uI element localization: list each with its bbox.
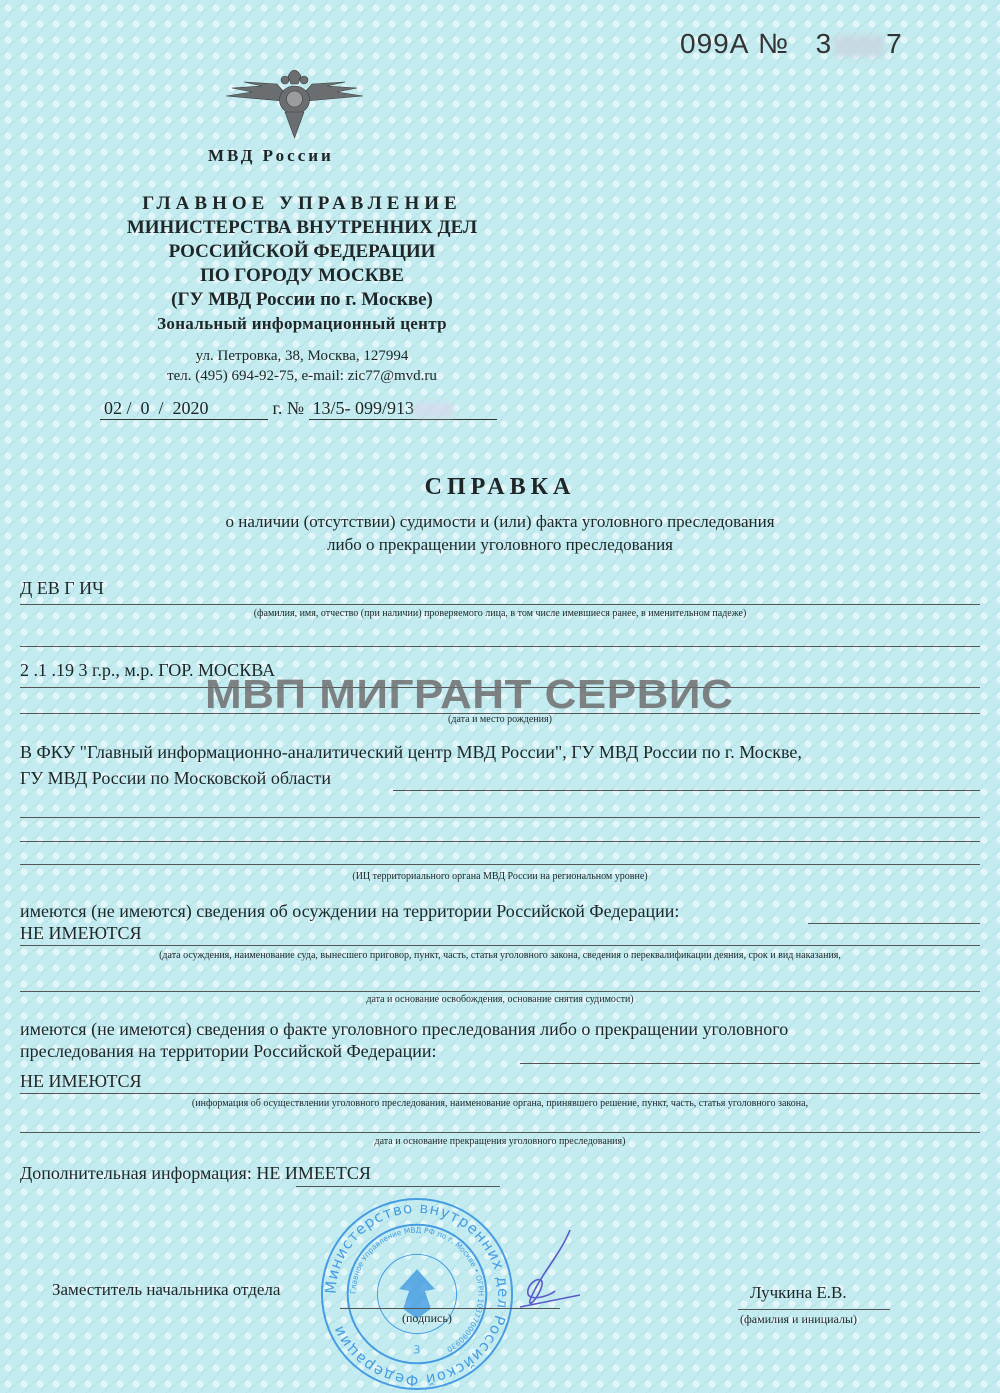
agency-short-name: МВД России	[208, 146, 334, 166]
conviction-caption: (дата осуждения, наименование суда, выне…	[0, 950, 1000, 961]
prosecution-caption-2: дата и основание прекращения уголовного …	[0, 1136, 1000, 1147]
divider	[20, 841, 980, 842]
header-line: (ГУ МВД России по г. Москве)	[92, 288, 512, 312]
divider	[20, 1132, 980, 1133]
conviction-value: НЕ ИМЕЮТСЯ	[20, 922, 142, 944]
centers-line: В ФКУ "Главный информационно-аналитическ…	[20, 741, 802, 763]
registration-date: 02 / 0 / 2020	[100, 398, 268, 420]
mvd-eagle-emblem-icon	[222, 62, 367, 142]
divider	[340, 1308, 560, 1309]
handwritten-signature-icon	[500, 1225, 590, 1325]
redacted-blur	[414, 403, 454, 417]
redacted-blur	[834, 35, 884, 57]
divider	[20, 864, 980, 865]
info-centers: В ФКУ "Главный информационно-аналитическ…	[20, 741, 802, 789]
subtitle-line: о наличии (отсутствии) судимости и (или)…	[0, 510, 1000, 533]
serial-start: 3	[816, 28, 833, 59]
conviction-caption-2: дата и основание освобождения, основание…	[0, 994, 1000, 1005]
form-serial-number: 099А № 37	[680, 28, 903, 60]
address-line: ул. Петровка, 38, Москва, 127994	[92, 346, 512, 366]
header-line: Зональный информационный центр	[92, 312, 512, 336]
subtitle-line: либо о прекращении уголовного преследова…	[0, 533, 1000, 556]
contacts-line: тел. (495) 694-92-75, e-mail: zic77@mvd.…	[92, 366, 512, 386]
divider	[520, 1063, 980, 1064]
signature-caption: (подпись)	[402, 1311, 452, 1326]
additional-value: НЕ ИМЕЕТСЯ	[256, 1163, 371, 1183]
agency-address: ул. Петровка, 38, Москва, 127994 тел. (4…	[92, 346, 512, 386]
divider	[738, 1309, 890, 1310]
registration-number: 13/5- 099/913	[309, 398, 497, 420]
prosecution-line: преследования на территории Российской Ф…	[20, 1040, 788, 1062]
header-line: ГЛАВНОЕ УПРАВЛЕНИЕ	[92, 192, 512, 216]
divider	[20, 991, 980, 992]
prosecution-line: имеются (не имеются) сведения о факте уг…	[20, 1018, 788, 1040]
person-name-caption: (фамилия, имя, отчество (при наличии) пр…	[0, 608, 1000, 619]
svg-text:3: 3	[413, 1342, 421, 1356]
divider	[393, 790, 980, 791]
prosecution-value: НЕ ИМЕЮТСЯ	[20, 1070, 142, 1092]
reg-suffix: г. №	[273, 398, 305, 418]
divider	[20, 817, 980, 818]
additional-info: Дополнительная информация: НЕ ИМЕЕТСЯ	[20, 1162, 371, 1184]
signatory-name-caption: (фамилия и инициалы)	[740, 1312, 857, 1327]
divider	[20, 945, 980, 946]
divider	[808, 923, 980, 924]
official-stamp-icon: Министерство внутренних дел Российской Ф…	[318, 1195, 516, 1393]
reg-day: 02	[104, 398, 122, 418]
reg-number: 13/5- 099/913	[313, 398, 415, 418]
serial-end: 7	[886, 28, 903, 59]
additional-label: Дополнительная информация:	[20, 1163, 252, 1183]
header-line: РОССИЙСКОЙ ФЕДЕРАЦИИ	[92, 240, 512, 264]
reg-month: 0	[141, 398, 150, 418]
signatory-name: Лучкина Е.В.	[750, 1283, 847, 1303]
document-subtitle: о наличии (отсутствии) судимости и (или)…	[0, 510, 1000, 556]
header-line: МИНИСТЕРСТВА ВНУТРЕННИХ ДЕЛ	[92, 216, 512, 240]
prosecution-caption: (информация об осуществлении уголовного …	[0, 1098, 1000, 1109]
centers-line: ГУ МВД России по Московской области	[20, 767, 802, 789]
registration-line: 02 / 0 / 2020 г. № 13/5- 099/913	[100, 398, 497, 420]
watermark: МВП МИГРАНТ СЕРВИС	[205, 672, 733, 718]
divider	[20, 1093, 980, 1094]
divider	[20, 604, 980, 605]
serial-prefix: 099А №	[680, 28, 789, 59]
document-title: СПРАВКА	[0, 474, 1000, 501]
divider	[20, 646, 980, 647]
divider	[296, 1186, 500, 1187]
header-line: ПО ГОРОДУ МОСКВЕ	[92, 264, 512, 288]
person-name: Д ЕВ Г ИЧ	[20, 578, 104, 599]
signatory-position: Заместитель начальника отдела	[52, 1280, 280, 1300]
conviction-label: имеются (не имеются) сведения об осужден…	[20, 900, 679, 922]
agency-header: ГЛАВНОЕ УПРАВЛЕНИЕ МИНИСТЕРСТВА ВНУТРЕНН…	[92, 192, 512, 336]
centers-caption: (ИЦ территориального органа МВД России н…	[0, 871, 1000, 882]
prosecution-label: имеются (не имеются) сведения о факте уг…	[20, 1018, 788, 1062]
reg-year: 2020	[173, 398, 209, 418]
